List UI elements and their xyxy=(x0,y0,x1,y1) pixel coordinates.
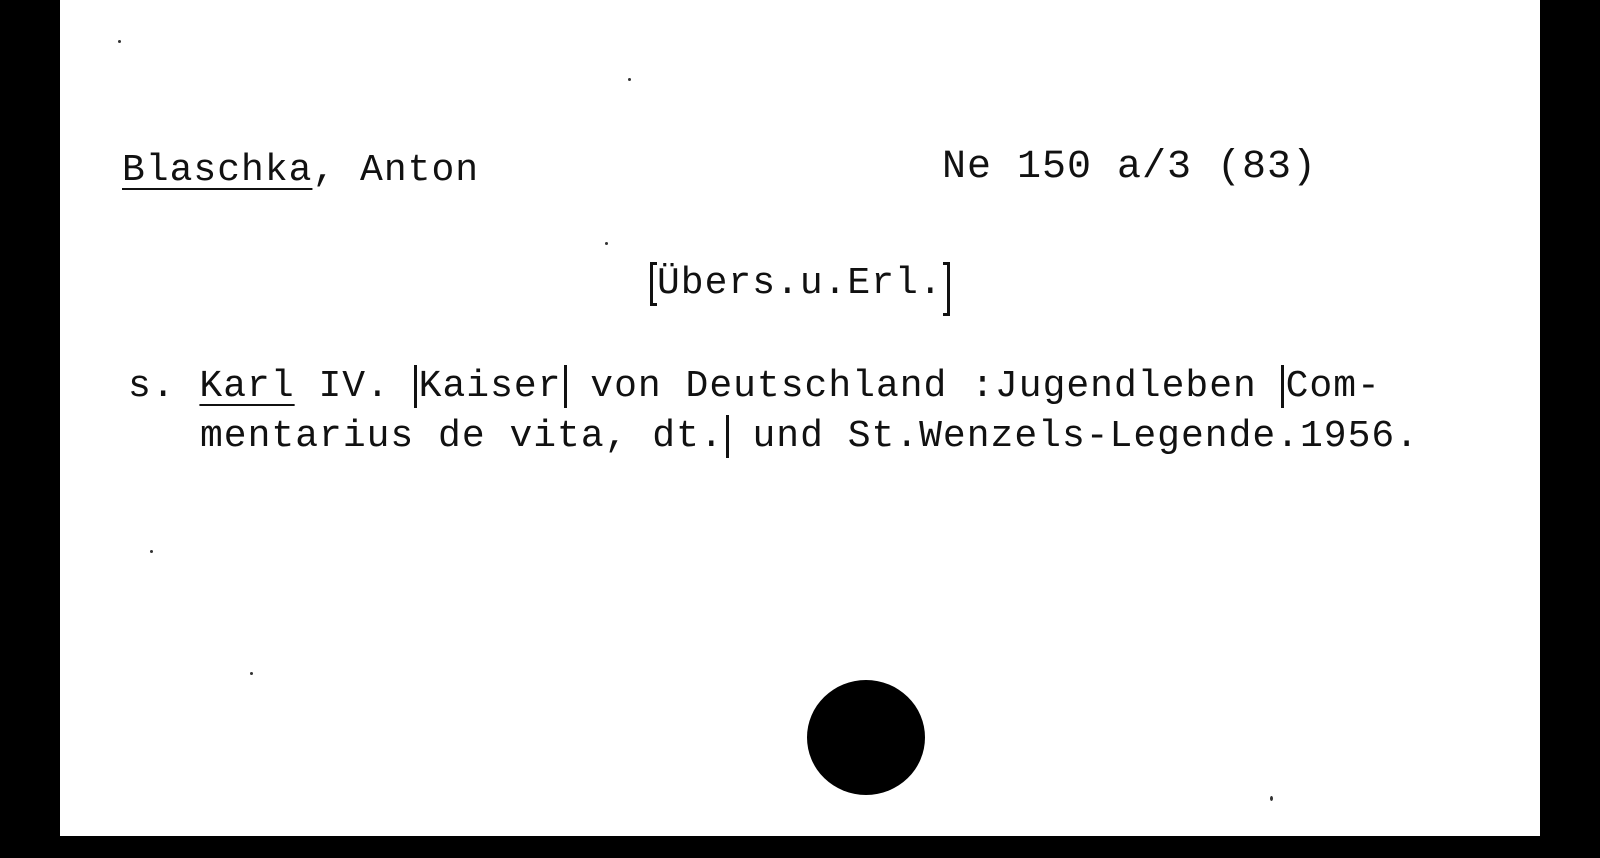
call-number: Ne 150 a/3 (83) xyxy=(942,148,1317,188)
catalog-card: Blaschka, Anton Ne 150 a/3 (83) ​Übers.u… xyxy=(60,0,1540,836)
speck xyxy=(150,550,153,553)
author-surname: Blaschka xyxy=(122,149,312,192)
bracket-close: ​ xyxy=(943,262,950,316)
speck xyxy=(605,242,608,245)
speck xyxy=(250,672,253,675)
speck xyxy=(628,78,631,81)
reference-name: Karl xyxy=(199,365,294,408)
bracket-open: ​ xyxy=(650,262,657,306)
author-heading: Blaschka, Anton xyxy=(122,152,479,190)
speck xyxy=(118,40,121,43)
uniform-title-note: ​Übers.u.Erl.​ xyxy=(650,262,950,316)
punch-hole xyxy=(807,680,925,795)
see-reference-line-1: s. Karl IV. Kaiser von Deutschland :Juge… xyxy=(128,368,1381,406)
speck xyxy=(1270,796,1273,801)
see-reference-line-2: mentarius de vita, dt. und St.Wenzels-Le… xyxy=(200,418,1419,456)
bracketed-title: Kaiser xyxy=(414,365,567,408)
author-forename: , Anton xyxy=(312,149,479,192)
